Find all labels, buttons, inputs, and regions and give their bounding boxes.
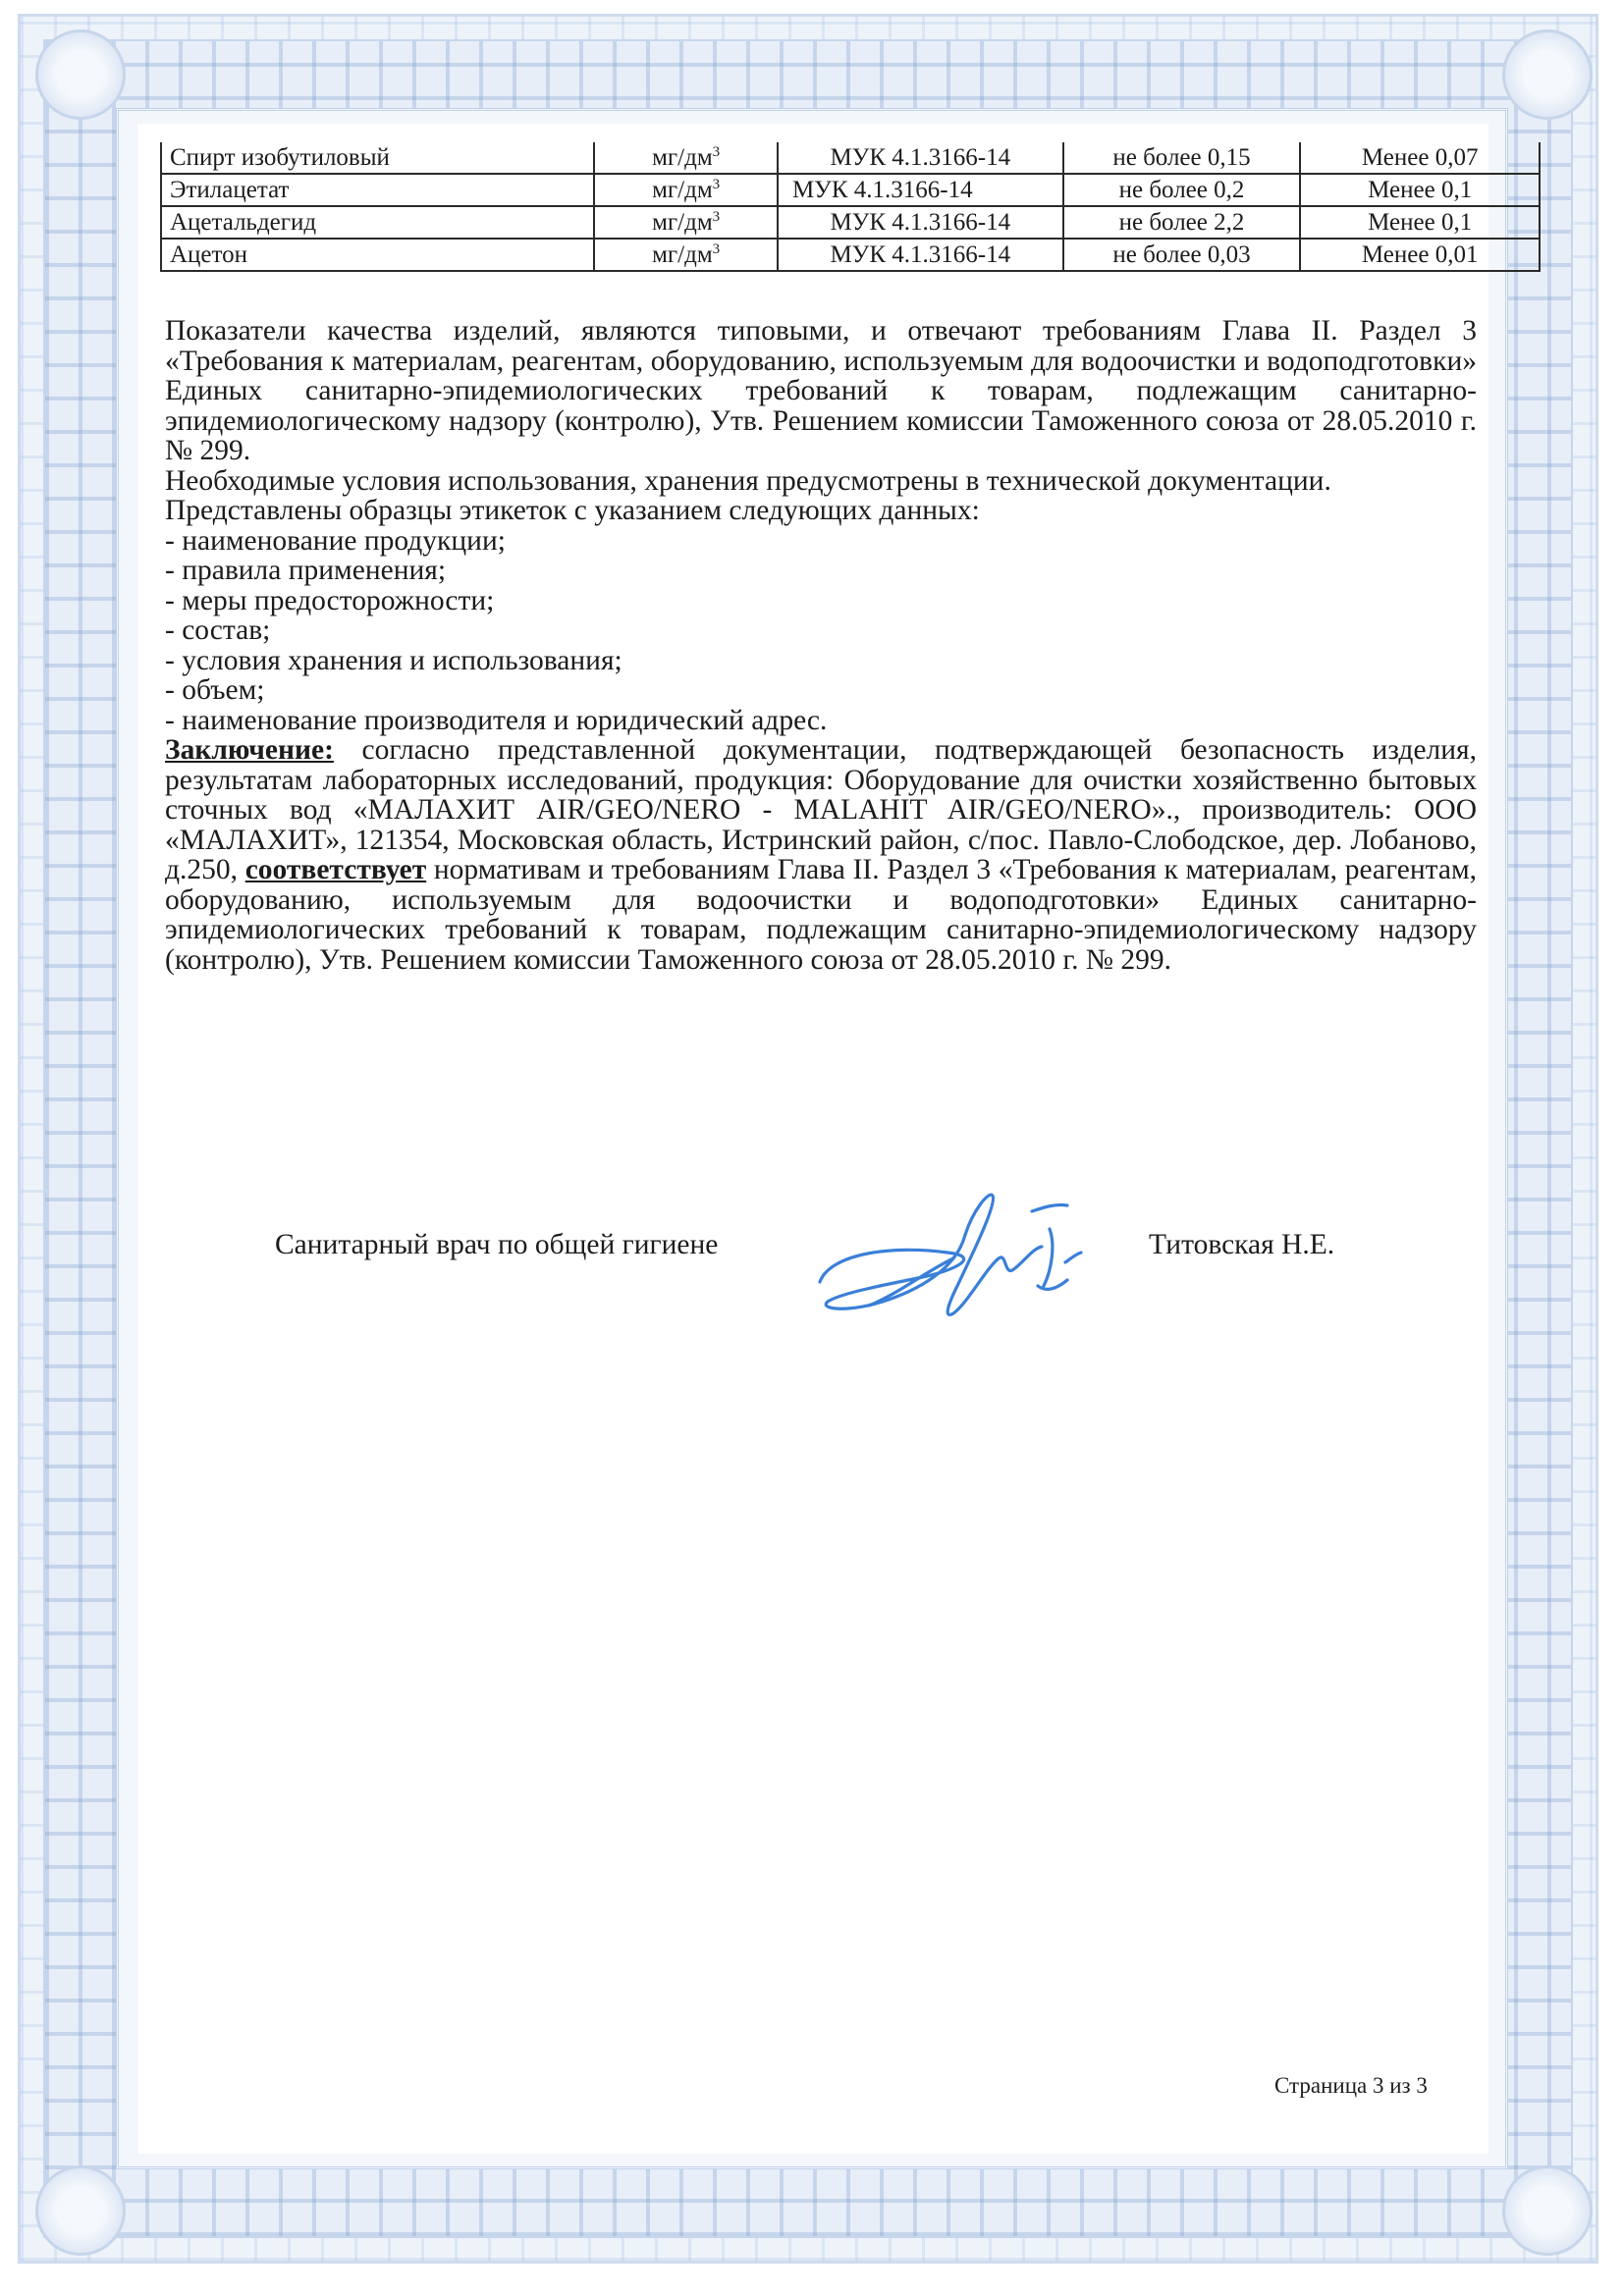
unit-cell: мг/дм3 [594, 142, 778, 174]
table-row: Ацетон мг/дм3 МУК 4.1.3166-14 не более 0… [161, 239, 1540, 271]
indicator-cell: Этилацетат [161, 174, 594, 206]
signatory-name: Титовская Н.Е. [1149, 1229, 1334, 1261]
indicator-cell: Ацетон [161, 239, 594, 271]
unit-cell: мг/дм3 [594, 174, 778, 206]
result-cell: Менее 0,1 [1300, 174, 1540, 206]
result-cell: Менее 0,01 [1300, 239, 1540, 271]
norm-cell: не более 0,03 [1063, 239, 1301, 271]
compliance-paragraph: Показатели качества изделий, являются ти… [165, 316, 1477, 466]
conclusion-label: Заключение: [165, 734, 334, 766]
table-row: Спирт изобутиловый мг/дм3 МУК 4.1.3166-1… [161, 142, 1540, 174]
table-row: Этилацетат мг/дм3 МУК 4.1.3166-14 не бол… [161, 174, 1540, 206]
list-item: - меры предосторожности; [165, 586, 1477, 616]
indicator-cell: Спирт изобутиловый [161, 142, 594, 174]
list-item: - объем; [165, 675, 1477, 706]
border-corner-ornament [35, 29, 126, 120]
list-item: - наименование производителя и юридическ… [165, 706, 1477, 736]
norm-cell: не более 0,15 [1063, 142, 1301, 174]
border-corner-ornament [1502, 2165, 1593, 2256]
method-cell: МУК 4.1.3166-14 [778, 142, 1063, 174]
list-item: - правила применения; [165, 556, 1477, 586]
list-item: - состав; [165, 615, 1477, 646]
table-row: Ацетальдегид мг/дм3 МУК 4.1.3166-14 не б… [161, 206, 1540, 239]
list-item: - наименование продукции; [165, 526, 1477, 557]
norm-cell: не более 2,2 [1063, 206, 1301, 239]
unit-cell: мг/дм3 [594, 206, 778, 239]
border-corner-ornament [1502, 29, 1593, 120]
norm-cell: не более 0,2 [1063, 174, 1301, 206]
signature-block: Санитарный врач по общей гигиене Титовск… [275, 1215, 1355, 1323]
usage-conditions-paragraph: Необходимые условия использования, хране… [165, 466, 1477, 497]
result-cell: Менее 0,1 [1300, 206, 1540, 239]
handwritten-signature-icon [810, 1176, 1134, 1333]
indicator-cell: Ацетальдегид [161, 206, 594, 239]
method-cell: МУК 4.1.3166-14 [778, 206, 1063, 239]
method-cell: МУК 4.1.3166-14 [778, 174, 1063, 206]
results-table: Спирт изобутиловый мг/дм3 МУК 4.1.3166-1… [160, 142, 1541, 272]
signatory-title: Санитарный врач по общей гигиене [275, 1229, 718, 1261]
unit-cell: мг/дм3 [594, 239, 778, 271]
complies-verdict: соответствует [245, 854, 427, 885]
label-data-list: - наименование продукции; - правила прим… [165, 526, 1477, 736]
border-corner-ornament [35, 2165, 126, 2256]
labels-intro-paragraph: Представлены образцы этикеток с указание… [165, 496, 1477, 526]
result-cell: Менее 0,07 [1300, 142, 1540, 174]
page-number: Страница 3 из 3 [1274, 2073, 1428, 2099]
method-cell: МУК 4.1.3166-14 [778, 239, 1063, 271]
document-body: Показатели качества изделий, являются ти… [165, 316, 1477, 975]
conclusion-paragraph: Заключение: согласно представленной доку… [165, 735, 1477, 975]
list-item: - условия хранения и использования; [165, 646, 1477, 676]
